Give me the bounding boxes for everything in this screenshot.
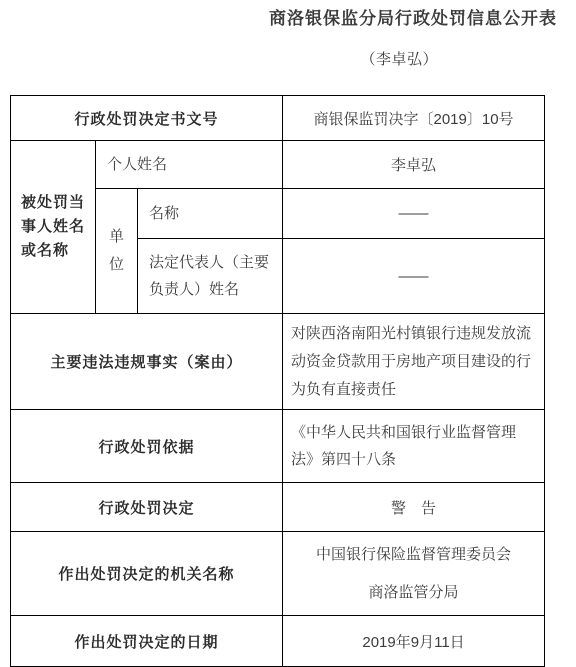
penalty-info-table: 行政处罚决定书文号 商银保监罚决字〔2019〕10号 被处罚当事人姓名或名称 个… <box>10 95 545 667</box>
doc-number-value: 商银保监罚决字〔2019〕10号 <box>283 96 545 141</box>
authority-value-line2: 商洛监管分局 <box>283 582 544 604</box>
date-value: 2019年9月11日 <box>283 616 545 667</box>
legal-rep-label: 法定代表人（主要负责人）姓名 <box>138 239 283 314</box>
row-basis: 行政处罚依据 《中华人民共和国银行业监督管理法》第四十八条 <box>11 410 545 483</box>
basis-label: 行政处罚依据 <box>11 410 283 483</box>
personal-name-value: 李卓弘 <box>283 141 545 189</box>
party-name-label: 被处罚当事人姓名或名称 <box>11 141 96 314</box>
page-title: 商洛银保监分局行政处罚信息公开表 <box>0 8 576 30</box>
personal-name-label: 个人姓名 <box>96 141 283 189</box>
legal-rep-value: —— <box>283 239 545 314</box>
row-doc-number: 行政处罚决定书文号 商银保监罚决字〔2019〕10号 <box>11 96 545 141</box>
basis-value: 《中华人民共和国银行业监督管理法》第四十八条 <box>283 410 545 483</box>
row-facts: 主要违法违规事实（案由） 对陕西洛南阳光村镇银行违规发放流动资金贷款用于房地产项… <box>11 314 545 410</box>
authority-value-line1: 中国银行保险监督管理委员会 <box>283 544 544 566</box>
authority-value: 中国银行保险监督管理委员会 商洛监管分局 <box>283 532 545 616</box>
row-decision: 行政处罚决定 警 告 <box>11 483 545 532</box>
page-subtitle: （李卓弘） <box>0 50 576 70</box>
doc-number-label: 行政处罚决定书文号 <box>11 96 283 141</box>
facts-label: 主要违法违规事实（案由） <box>11 314 283 410</box>
decision-value: 警 告 <box>283 483 545 532</box>
unit-label-text: 单位 <box>109 223 125 280</box>
row-personal-name: 被处罚当事人姓名或名称 个人姓名 李卓弘 <box>11 141 545 189</box>
unit-name-label: 名称 <box>138 189 283 239</box>
unit-label: 单位 <box>96 189 138 314</box>
unit-name-value: —— <box>283 189 545 239</box>
row-date: 作出处罚决定的日期 2019年9月11日 <box>11 616 545 667</box>
facts-value: 对陕西洛南阳光村镇银行违规发放流动资金贷款用于房地产项目建设的行为负有直接责任 <box>283 314 545 410</box>
date-label: 作出处罚决定的日期 <box>11 616 283 667</box>
authority-label: 作出处罚决定的机关名称 <box>11 532 283 616</box>
decision-label: 行政处罚决定 <box>11 483 283 532</box>
row-authority: 作出处罚决定的机关名称 中国银行保险监督管理委员会 商洛监管分局 <box>11 532 545 616</box>
